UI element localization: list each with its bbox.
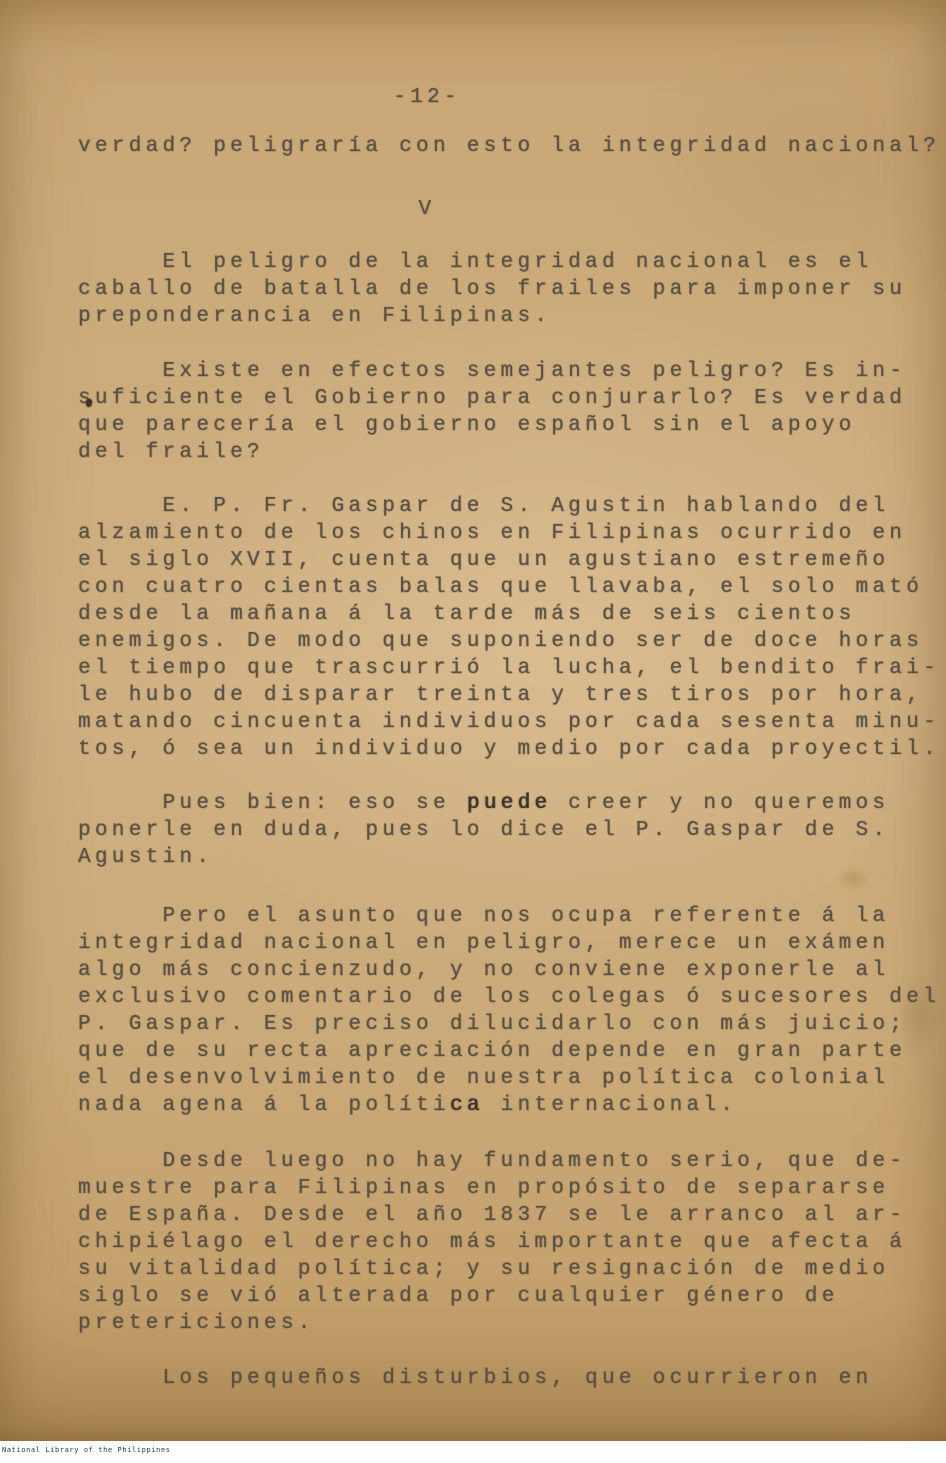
paragraph: Desde luego no hay fundamento serio, que… bbox=[0, 1148, 946, 1337]
text-line: enemigos. De modo que suponiendo ser de … bbox=[0, 628, 946, 655]
section-heading: V bbox=[0, 196, 946, 223]
text-line: matando cincuenta individuos por cada se… bbox=[0, 709, 946, 736]
text-line: algo más concienzudo, y no conviene expo… bbox=[0, 957, 946, 984]
text-line: nada agena á la política internacional. bbox=[0, 1092, 946, 1119]
text-line: que parecería el gobierno español sin el… bbox=[0, 412, 946, 439]
paragraph: Los pequeños disturbios, que ocurrieron … bbox=[0, 1365, 946, 1392]
text-line: el tiempo que trascurrió la lucha, el be… bbox=[0, 655, 946, 682]
text-line: ponerle en duda, pues lo dice el P. Gasp… bbox=[0, 817, 946, 844]
bold-typed-text: puede bbox=[467, 792, 552, 815]
paragraph: E. P. Fr. Gaspar de S. Agustin hablando … bbox=[0, 493, 946, 763]
text-line: con cuatro cientas balas que llavaba, el… bbox=[0, 574, 946, 601]
page-number: -12- bbox=[0, 84, 946, 111]
text-line: Desde luego no hay fundamento serio, que… bbox=[0, 1148, 946, 1175]
text-line: Pero el asunto que nos ocupa referente á… bbox=[0, 903, 946, 930]
text-line: le hubo de disparar treinta y tres tiros… bbox=[0, 682, 946, 709]
paragraph: Pues bien: eso se puede creer y no quere… bbox=[0, 790, 946, 871]
text-line: P. Gaspar. Es preciso dilucidarlo con má… bbox=[0, 1011, 946, 1038]
text-line: chipiélago el derecho más importante que… bbox=[0, 1229, 946, 1256]
text-line: V bbox=[0, 196, 854, 223]
text-line: El peligro de la integridad nacional es … bbox=[0, 249, 946, 276]
text-line: integridad nacional en peligro, merece u… bbox=[0, 930, 946, 957]
text-line: del fraile? bbox=[0, 439, 946, 466]
text-line: Existe en efectos semejantes peligro? Es… bbox=[0, 358, 946, 385]
paper-stain bbox=[896, 972, 942, 1062]
paragraph: Existe en efectos semejantes peligro? Es… bbox=[0, 358, 946, 466]
text-line: suficiente el Gobierno para conjurarlo? … bbox=[0, 385, 946, 412]
text-line: Pues bien: eso se puede creer y no quere… bbox=[0, 790, 946, 817]
scan-footer-strip: National Library of the Philippines bbox=[0, 1441, 946, 1463]
text-line: preponderancia en Filipinas. bbox=[0, 303, 946, 330]
text-line: exclusivo comentario de los colegas ó su… bbox=[0, 984, 946, 1011]
paragraph: El peligro de la integridad nacional es … bbox=[0, 249, 946, 330]
text-line: el desenvolvimiento de nuestra política … bbox=[0, 1065, 946, 1092]
text-line: E. P. Fr. Gaspar de S. Agustin hablando … bbox=[0, 493, 946, 520]
text-line: el siglo XVII, cuenta que un agustiano e… bbox=[0, 547, 946, 574]
page-body: -12-verdad? peligraría con esto la integ… bbox=[0, 0, 946, 1392]
text-line: su vitalidad política; y su resignación … bbox=[0, 1256, 946, 1283]
text-line: desde la mañana á la tarde más de seis c… bbox=[0, 601, 946, 628]
paragraph: Pero el asunto que nos ocupa referente á… bbox=[0, 903, 946, 1119]
text-line: -12- bbox=[0, 84, 854, 111]
text-line: muestre para Filipinas en propósito de s… bbox=[0, 1175, 946, 1202]
text-line: caballo de batalla de los frailes para i… bbox=[0, 276, 946, 303]
text-line: de España. Desde el año 1837 se le arran… bbox=[0, 1202, 946, 1229]
text-line: tos, ó sea un individuo y medio por cada… bbox=[0, 736, 946, 763]
library-credit-text: National Library of the Philippines bbox=[2, 1446, 171, 1455]
text-line: que de su recta apreciación depende en g… bbox=[0, 1038, 946, 1065]
paper-stain bbox=[836, 866, 870, 892]
text-line: Agustin. bbox=[0, 844, 946, 871]
scanned-document-page: -12-verdad? peligraría con esto la integ… bbox=[0, 0, 946, 1441]
text-line: verdad? peligraría con esto la integrida… bbox=[0, 133, 946, 160]
text-line: Los pequeños disturbios, que ocurrieron … bbox=[0, 1365, 946, 1392]
text-line: pretericiones. bbox=[0, 1310, 946, 1337]
text-line: siglo se vió alterada por cualquier géne… bbox=[0, 1283, 946, 1310]
bold-typed-text: ca bbox=[450, 1094, 484, 1117]
paragraph: verdad? peligraría con esto la integrida… bbox=[0, 133, 946, 160]
text-line: alzamiento de los chinos en Filipinas oc… bbox=[0, 520, 946, 547]
